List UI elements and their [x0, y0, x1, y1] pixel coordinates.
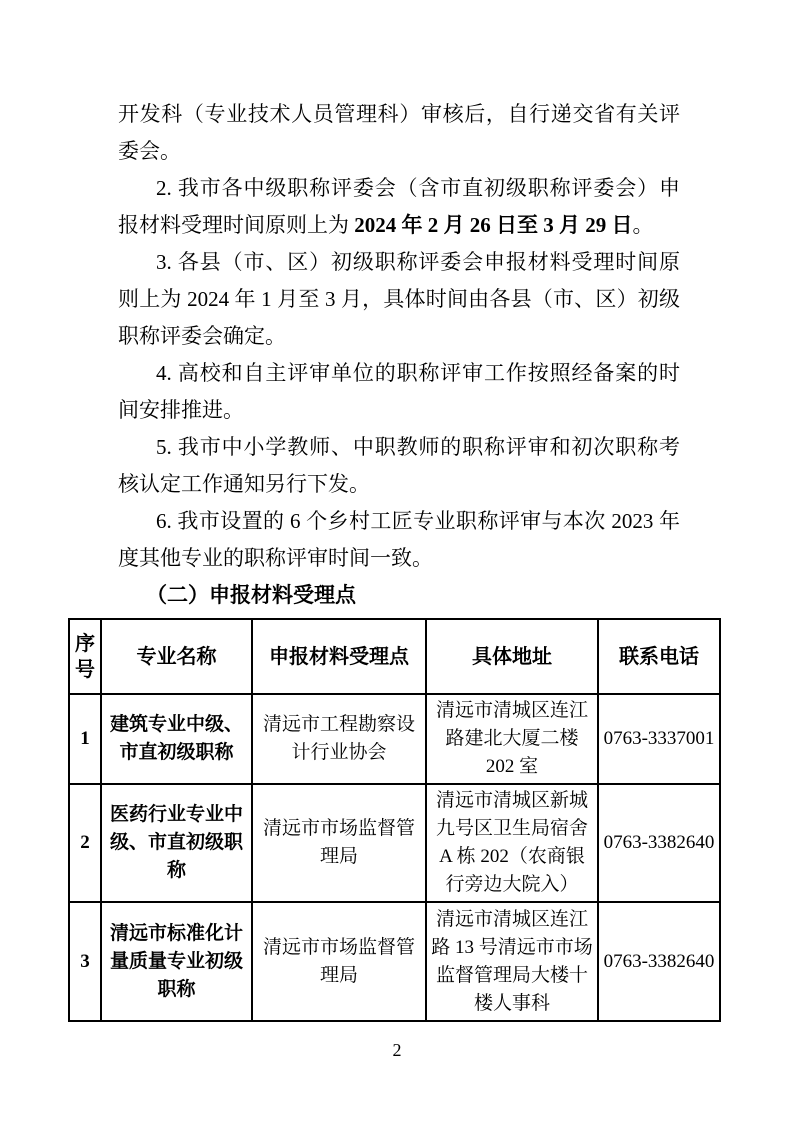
cell-address: 清远市清城区连江路 13 号清远市市场监督管理局大楼十楼人事科: [426, 902, 598, 1021]
cell-phone: 0763-3337001: [598, 694, 720, 784]
table-row: 1 建筑专业中级、市直初级职称 清远市工程勘察设计行业协会 清远市清城区连江路建…: [69, 694, 720, 784]
body-text: 开发科（专业技术人员管理科）审核后，自行递交省有关评委会。 2. 我市各中级职称…: [118, 96, 680, 614]
paragraph-item-5: 5. 我市中小学教师、中职教师的职称评审和初次职称考核认定工作通知另行下发。: [118, 429, 680, 503]
cell-address: 清远市清城区新城九号区卫生局宿舍 A 栋 202（农商银行旁边大院入）: [426, 784, 598, 902]
cell-phone: 0763-3382640: [598, 784, 720, 902]
deadline-date-bold: 2024 年 2 月 26 日至 3 月 29 日: [354, 213, 632, 237]
paragraph-item-2-period: 。: [633, 213, 654, 237]
section-heading: （二）申报材料受理点: [118, 577, 680, 614]
cell-major: 清远市标准化计量质量专业初级职称: [101, 902, 252, 1021]
paragraph-item-4: 4. 高校和自主评审单位的职称评审工作按照经备案的时间安排推进。: [118, 355, 680, 429]
paragraph-item-3: 3. 各县（市、区）初级职称评委会申报材料受理时间原则上为 2024 年 1 月…: [118, 244, 680, 355]
table-header-row: 序号 专业名称 申报材料受理点 具体地址 联系电话: [69, 619, 720, 694]
page-number: 2: [0, 1040, 794, 1060]
cell-major: 医药行业专业中级、市直初级职称: [101, 784, 252, 902]
header-cell-major: 专业名称: [101, 619, 252, 694]
table-row: 3 清远市标准化计量质量专业初级职称 清远市市场监督管理局 清远市清城区连江路 …: [69, 902, 720, 1021]
paragraph-item-6: 6. 我市设置的 6 个乡村工匠专业职称评审与本次 2023 年度其他专业的职称…: [118, 503, 680, 577]
cell-office: 清远市市场监督管理局: [252, 902, 426, 1021]
table-row: 2 医药行业专业中级、市直初级职称 清远市市场监督管理局 清远市清城区新城九号区…: [69, 784, 720, 902]
cell-office: 清远市市场监督管理局: [252, 784, 426, 902]
paragraph-item-2: 2. 我市各中级职称评委会（含市直初级职称评委会）申报材料受理时间原则上为 20…: [118, 170, 680, 244]
header-cell-office: 申报材料受理点: [252, 619, 426, 694]
cell-no: 3: [69, 902, 101, 1021]
header-cell-no: 序号: [69, 619, 101, 694]
cell-major: 建筑专业中级、市直初级职称: [101, 694, 252, 784]
header-cell-address: 具体地址: [426, 619, 598, 694]
receipt-points-table: 序号 专业名称 申报材料受理点 具体地址 联系电话 1 建筑专业中级、市直初级职…: [68, 618, 721, 1022]
cell-no: 1: [69, 694, 101, 784]
cell-office: 清远市工程勘察设计行业协会: [252, 694, 426, 784]
cell-phone: 0763-3382640: [598, 902, 720, 1021]
paragraph-continuation: 开发科（专业技术人员管理科）审核后，自行递交省有关评委会。: [118, 96, 680, 170]
header-cell-phone: 联系电话: [598, 619, 720, 694]
cell-no: 2: [69, 784, 101, 902]
document-page: 开发科（专业技术人员管理科）审核后，自行递交省有关评委会。 2. 我市各中级职称…: [0, 0, 794, 1123]
cell-address: 清远市清城区连江路建北大厦二楼 202 室: [426, 694, 598, 784]
